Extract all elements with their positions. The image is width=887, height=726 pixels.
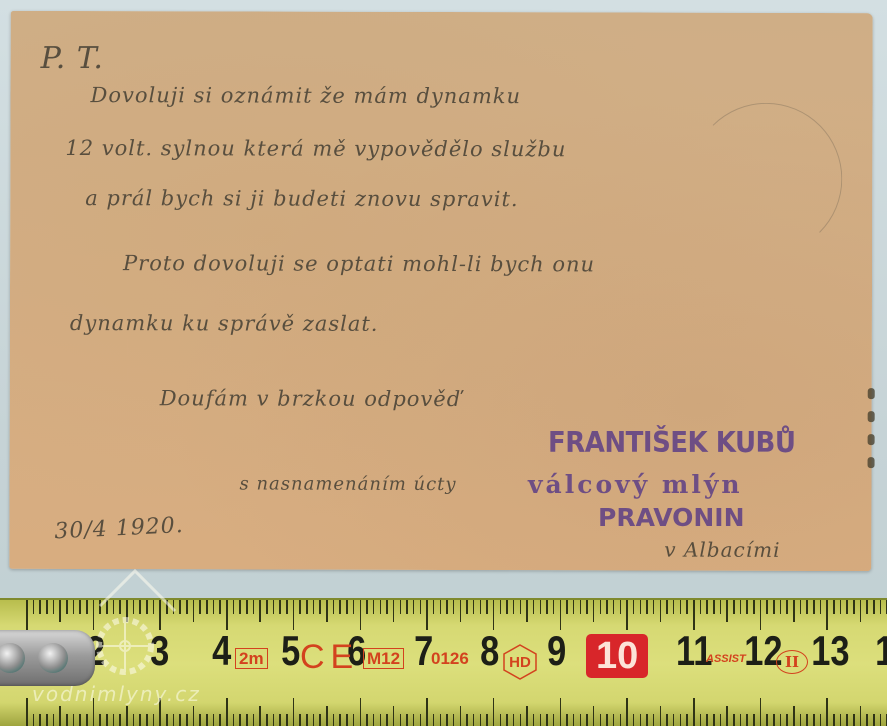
tape-tick — [366, 714, 368, 726]
tape-tick — [840, 600, 842, 614]
tape-tick — [346, 600, 348, 614]
tape-number: 9 — [547, 630, 566, 672]
tape-tick — [346, 714, 348, 726]
tape-tick — [666, 714, 668, 726]
tape-tick — [700, 714, 702, 726]
tape-tick — [133, 714, 135, 726]
tape-tick — [566, 714, 568, 726]
tape-tick — [646, 714, 648, 726]
tape-tick — [780, 600, 782, 614]
tape-tick — [279, 714, 281, 726]
tape-tick — [266, 600, 268, 614]
tape-tick — [813, 714, 815, 726]
tape-number: 4 — [212, 630, 231, 672]
postcard: P. T. Dovoluji si oznámit že mám dynamku… — [9, 11, 872, 571]
tape-tick — [73, 714, 75, 726]
tape-tick — [259, 600, 261, 622]
tape-tick — [613, 600, 615, 614]
tape-tick — [406, 714, 408, 726]
tape-tick — [593, 706, 595, 726]
tape-tick — [460, 600, 462, 622]
tape-tick — [306, 600, 308, 614]
tape-tick — [119, 714, 121, 726]
tape-tick — [293, 600, 295, 630]
tape-tick — [766, 600, 768, 614]
tape-tick — [173, 714, 175, 726]
tape-tick — [333, 714, 335, 726]
tape-tick — [26, 600, 28, 630]
tape-tick — [513, 600, 515, 614]
body-line-4: Proto dovoluji se optati mohl-li bych on… — [123, 251, 595, 276]
tape-tick — [566, 600, 568, 614]
tape-tick — [573, 714, 575, 726]
tape-tick — [99, 714, 101, 726]
tape-number: 1 — [875, 630, 887, 672]
tape-tick — [480, 714, 482, 726]
tape-number-highlighted: 10 — [586, 634, 648, 678]
tape-tick — [253, 600, 255, 614]
tape-tick — [880, 714, 882, 726]
stamp-name: FRANTIŠEK KUBŮ — [548, 427, 796, 460]
tape-tick — [219, 600, 221, 614]
tape-tick — [420, 714, 422, 726]
tape-tick — [79, 714, 81, 726]
tape-tick — [380, 714, 382, 726]
tape-tick — [386, 714, 388, 726]
tape-tick — [186, 714, 188, 726]
tape-tick — [446, 714, 448, 726]
tape-tick — [633, 600, 635, 614]
tape-tick — [806, 714, 808, 726]
tape-tick — [386, 600, 388, 614]
tape-tick — [39, 714, 41, 726]
tape-tick — [73, 600, 75, 614]
tape-tick — [319, 600, 321, 614]
tape-tick — [113, 714, 115, 726]
tape-tick — [193, 706, 195, 726]
hd-hexagon-icon: HD — [502, 644, 538, 680]
tape-tick — [833, 600, 835, 614]
tape-tick — [480, 600, 482, 614]
tape-tick — [700, 600, 702, 614]
salutation: P. T. — [41, 41, 104, 76]
tape-tick — [233, 714, 235, 726]
tape-tick — [206, 714, 208, 726]
tape-tick — [246, 600, 248, 614]
assist-label: ASSIST — [706, 654, 746, 665]
tape-tick — [653, 714, 655, 726]
tape-tick — [573, 600, 575, 614]
tape-number: 8 — [480, 630, 499, 672]
tape-tick — [500, 714, 502, 726]
tape-tick — [413, 714, 415, 726]
tape-tick — [460, 706, 462, 726]
tape-tick — [306, 714, 308, 726]
stamp-business: válcový mlýn — [528, 470, 743, 499]
tape-tick — [866, 714, 868, 726]
tape-tick — [780, 714, 782, 726]
tape-tick — [846, 600, 848, 614]
tape-tick — [613, 714, 615, 726]
tape-tick — [213, 714, 215, 726]
tape-tick — [473, 600, 475, 614]
tape-tick — [139, 714, 141, 726]
tape-tick — [680, 714, 682, 726]
body-line-7: s nasnamenáním úcty — [239, 473, 456, 495]
tape-tick — [706, 714, 708, 726]
tape-tick — [693, 698, 695, 726]
tape-tick — [873, 714, 875, 726]
tape-tick — [720, 714, 722, 726]
tape-tick — [653, 600, 655, 614]
tape-tick — [560, 698, 562, 726]
tape-tick — [526, 706, 528, 726]
tape-tick — [446, 600, 448, 614]
tape-tick — [33, 600, 35, 614]
tape-tick — [866, 600, 868, 614]
tape-tick — [593, 600, 595, 622]
tape-tick — [853, 600, 855, 614]
tape-tick — [199, 714, 201, 726]
tape-tick — [486, 600, 488, 614]
tape-tick — [440, 714, 442, 726]
tape-tick — [826, 600, 828, 630]
tape-tick — [786, 714, 788, 726]
tape-tick — [426, 600, 428, 630]
tape-tick — [793, 600, 795, 622]
tape-tick — [726, 600, 728, 622]
tape-tick — [626, 698, 628, 726]
tape-tick — [226, 698, 228, 726]
tape-tick — [453, 714, 455, 726]
date: 30/4 1920. — [54, 513, 184, 544]
tape-tick — [433, 600, 435, 614]
tape-tick — [66, 600, 68, 614]
tape-tick — [640, 600, 642, 614]
tape-tick — [853, 714, 855, 726]
tape-tick — [326, 600, 328, 622]
tape-tick — [179, 714, 181, 726]
tape-tick — [59, 600, 61, 622]
tape-tick — [513, 714, 515, 726]
tape-tick — [686, 600, 688, 614]
tape-tick — [360, 698, 362, 726]
tape-tick — [433, 714, 435, 726]
tape-tick — [633, 714, 635, 726]
tape-tick — [693, 600, 695, 630]
tape-tick — [540, 600, 542, 614]
tape-tick — [360, 600, 362, 630]
tape-tick — [59, 706, 61, 726]
tape-tick — [813, 600, 815, 614]
tape-tick — [353, 714, 355, 726]
tape-tick — [46, 600, 48, 614]
tape-tick — [366, 600, 368, 614]
tape-tick — [293, 698, 295, 726]
tape-tick — [720, 600, 722, 614]
tape-tick — [733, 714, 735, 726]
tape-tick — [239, 714, 241, 726]
tape-tick — [500, 600, 502, 614]
tape-number: 13 — [811, 630, 849, 672]
tape-tick — [820, 600, 822, 614]
tape-tick — [760, 698, 762, 726]
tape-tick — [426, 698, 428, 726]
tape-tick — [219, 714, 221, 726]
tape-tick — [753, 714, 755, 726]
tape-tick — [620, 600, 622, 614]
tape-tick — [773, 600, 775, 614]
tape-tick — [393, 706, 395, 726]
tape-tick — [453, 600, 455, 614]
body-line-6: Doufám v brzkou odpověď — [160, 386, 462, 411]
tape-tick — [686, 714, 688, 726]
tape-tick — [126, 706, 128, 726]
tape-tick — [319, 714, 321, 726]
tape-tick — [766, 714, 768, 726]
tape-tick — [520, 714, 522, 726]
ce-mark: CE — [300, 640, 359, 674]
class-label: M12 — [363, 648, 404, 669]
edge-marks — [867, 388, 879, 488]
tape-tick — [400, 600, 402, 614]
tape-tick — [540, 714, 542, 726]
tape-tick — [606, 600, 608, 614]
tape-tick — [506, 714, 508, 726]
tape-tick — [106, 714, 108, 726]
tape-tick — [253, 714, 255, 726]
tape-tick — [806, 600, 808, 614]
tape-tick — [440, 600, 442, 614]
tape-tick — [800, 714, 802, 726]
tape-tick — [626, 600, 628, 630]
tape-tick — [486, 714, 488, 726]
tape-tick — [493, 698, 495, 726]
tape-tick — [826, 698, 828, 726]
tape-tick — [860, 706, 862, 726]
body-line-3: a prál bych si ji budeti znovu spravit. — [85, 186, 518, 211]
tape-tick — [753, 600, 755, 614]
tape-tick — [673, 600, 675, 614]
tape-tick — [400, 714, 402, 726]
tape-tick — [660, 600, 662, 622]
tape-tick — [713, 714, 715, 726]
stamp-place: PRAVONIN — [598, 503, 745, 532]
tape-tick — [553, 600, 555, 614]
tape-tick — [526, 600, 528, 622]
tape-tick — [406, 600, 408, 614]
tape-tick — [660, 706, 662, 726]
rivet — [38, 643, 68, 673]
tape-tick — [580, 714, 582, 726]
tape-tick — [533, 600, 535, 614]
tape-tick — [646, 600, 648, 614]
tape-tick — [299, 714, 301, 726]
tape-tick — [420, 600, 422, 614]
tape-tick — [273, 600, 275, 614]
tape-tick — [666, 600, 668, 614]
tape-tick — [86, 714, 88, 726]
tape-tick — [520, 600, 522, 614]
tape-tick — [466, 714, 468, 726]
tape-tick — [226, 600, 228, 630]
tape-tick — [373, 600, 375, 614]
tape-tick — [606, 714, 608, 726]
tape-tick — [53, 714, 55, 726]
tape-tick — [726, 706, 728, 726]
tape-tick — [53, 600, 55, 614]
postmark-trace — [690, 103, 842, 255]
tape-tick — [413, 600, 415, 614]
tape-tick — [493, 600, 495, 630]
tape-tick — [846, 714, 848, 726]
tape-tick — [473, 714, 475, 726]
tape-tick — [286, 714, 288, 726]
length-label: 2m — [235, 648, 268, 669]
tape-number: 11 — [676, 630, 712, 672]
tape-tick — [333, 600, 335, 614]
tape-tick — [840, 714, 842, 726]
tape-tick — [580, 600, 582, 614]
tape-tick — [733, 600, 735, 614]
rivet — [0, 643, 25, 673]
tape-tick — [273, 714, 275, 726]
tape-tick — [466, 600, 468, 614]
tape-tick — [873, 600, 875, 614]
tape-tick — [313, 714, 315, 726]
tape-tick — [26, 698, 28, 726]
tape-tick — [740, 714, 742, 726]
tape-tick — [353, 600, 355, 614]
tape-tick — [746, 600, 748, 614]
tape-tick — [279, 600, 281, 614]
tape-tick — [393, 600, 395, 622]
tape-tick — [313, 600, 315, 614]
tape-tick — [820, 714, 822, 726]
tape-tick — [326, 706, 328, 726]
tape-tick — [546, 600, 548, 614]
tape-tick — [239, 600, 241, 614]
tape-tick — [586, 600, 588, 614]
tape-tick — [713, 600, 715, 614]
tape-tick — [833, 714, 835, 726]
closing-note: v Albacími — [664, 538, 780, 562]
tape-tick — [153, 714, 155, 726]
tape-tick — [506, 600, 508, 614]
tape-tick — [620, 714, 622, 726]
tape-tick — [146, 714, 148, 726]
tape-tick — [46, 714, 48, 726]
tape-tick — [793, 706, 795, 726]
tape-tick — [746, 714, 748, 726]
tape-tick — [339, 714, 341, 726]
body-line-5: dynamku ku správě zaslat. — [70, 311, 379, 336]
accuracy-class-badge: II — [776, 650, 808, 674]
tape-tick — [339, 600, 341, 614]
tape-tick — [773, 714, 775, 726]
tape-tick — [760, 600, 762, 630]
tape-tick — [39, 600, 41, 614]
tape-tick — [586, 714, 588, 726]
tape-tick — [860, 600, 862, 622]
tape-tick — [600, 714, 602, 726]
tape-tick — [33, 714, 35, 726]
tape-tick — [286, 600, 288, 614]
tape-tick — [880, 600, 882, 614]
tape-tick — [786, 600, 788, 614]
tape-tick — [66, 714, 68, 726]
tape-tick — [166, 714, 168, 726]
tape-tick — [533, 714, 535, 726]
tape-tick — [553, 714, 555, 726]
tape-tick — [560, 600, 562, 630]
tape-tick — [800, 600, 802, 614]
tape-tick — [706, 600, 708, 614]
tape-tick — [380, 600, 382, 614]
tape-tick — [259, 706, 261, 726]
tape-tick — [600, 600, 602, 614]
tape-tick — [266, 714, 268, 726]
tape-tick — [206, 600, 208, 614]
tape-tick — [680, 600, 682, 614]
body-line-2: 12 volt. sylnou která mě vypovědělo služ… — [65, 136, 566, 161]
tape-tick — [246, 714, 248, 726]
tape-tick — [640, 714, 642, 726]
mill-wheel-house-icon — [80, 566, 200, 676]
tape-tick — [673, 714, 675, 726]
tape-number: 5 — [281, 630, 300, 672]
tape-tick — [740, 600, 742, 614]
tape-tick — [213, 600, 215, 614]
tape-tick — [233, 600, 235, 614]
body-line-1: Dovoluji si oznámit že mám dynamku — [90, 83, 521, 108]
code-label: 0126 — [431, 650, 469, 667]
tape-tick — [373, 714, 375, 726]
tape-tick — [546, 714, 548, 726]
tape-tick — [299, 600, 301, 614]
